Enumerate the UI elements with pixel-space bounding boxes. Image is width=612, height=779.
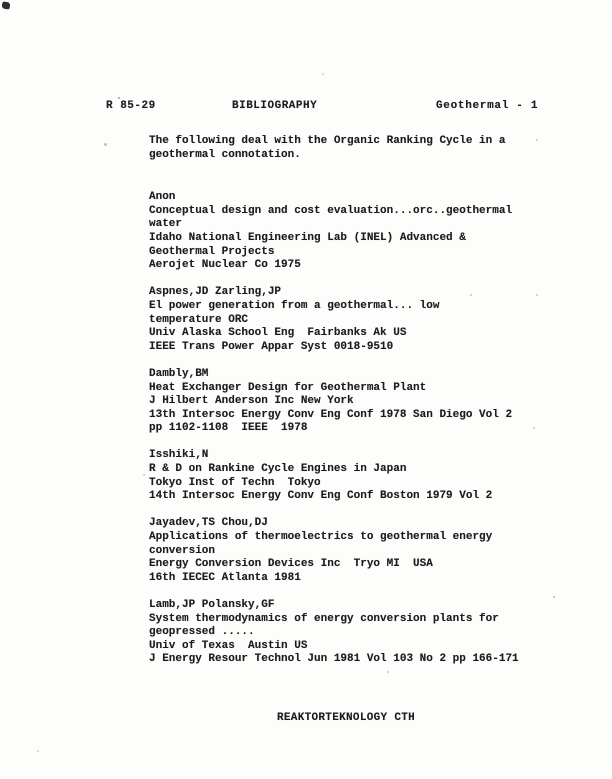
scan-speck (104, 143, 107, 146)
bib-line: geopressed ..... (149, 626, 589, 640)
scan-speck (143, 474, 145, 476)
bibliography-body: The following deal with the Organic Rank… (149, 135, 589, 681)
scan-speck (118, 97, 120, 99)
bib-line: Univ of Texas Austin US (149, 640, 589, 654)
bib-line: Univ Alaska School Eng Fairbanks Ak US (149, 327, 589, 341)
intro-paragraph: The following deal with the Organic Rank… (149, 135, 589, 162)
bibliography-entries: AnonConceptual design and cost evaluatio… (149, 191, 589, 667)
bib-line: El power generation from a geothermal...… (149, 300, 589, 314)
scan-artifact-blob (2, 1, 11, 9)
bib-line: 13th Intersoc Energy Conv Eng Conf 1978 … (149, 409, 589, 423)
bib-line: conversion (149, 545, 589, 559)
bib-line: Energy Conversion Devices Inc Tryo MI US… (149, 558, 589, 572)
bib-line: Heat Exchanger Design for Geothermal Pla… (149, 382, 589, 396)
scanned-document-page: R 85-29 BIBLIOGRAPHY Geothermal - 1 The … (0, 0, 612, 779)
bib-line: Conceptual design and cost evaluation...… (149, 205, 589, 219)
scan-speck (322, 73, 324, 75)
bib-line: water (149, 218, 589, 232)
bib-line: 14th Intersoc Energy Conv Eng Conf Bosto… (149, 490, 589, 504)
bib-entry-jayadev: Jayadev,TS Chou,DJApplications of thermo… (149, 517, 589, 585)
section-label: Geothermal - 1 (436, 100, 538, 114)
report-number: R 85-29 (106, 100, 156, 114)
bib-line: Lamb,JP Polansky,GF (149, 599, 589, 613)
bib-line: J Hilbert Anderson Inc New York (149, 395, 589, 409)
bib-line: 16th IECEC Atlanta 1981 (149, 572, 589, 586)
scan-speck (37, 750, 39, 752)
bib-line: geothermal connotation. (149, 149, 589, 163)
bib-line: The following deal with the Organic Rank… (149, 135, 589, 149)
bib-line: J Energy Resour Technol Jun 1981 Vol 103… (149, 653, 589, 667)
bib-line: Aerojet Nuclear Co 1975 (149, 259, 589, 273)
bib-entry-dambly: Dambly,BMHeat Exchanger Design for Geoth… (149, 368, 589, 436)
bib-line: Aspnes,JD Zarling,JP (149, 286, 589, 300)
bib-line: IEEE Trans Power Appar Syst 0018-9510 (149, 341, 589, 355)
bib-line: Idaho National Engineering Lab (INEL) Ad… (149, 232, 589, 246)
bib-entry-isshiki: Isshiki,NR & D on Rankine Cycle Engines … (149, 449, 589, 503)
page-header: R 85-29 BIBLIOGRAPHY Geothermal - 1 (0, 100, 612, 115)
bib-line: Isshiki,N (149, 449, 589, 463)
bib-line: Jayadev,TS Chou,DJ (149, 517, 589, 531)
page-title: BIBLIOGRAPHY (232, 100, 317, 114)
footer-imprint: REAKTORTEKNOLOGY CTH (277, 712, 415, 726)
bib-line: Anon (149, 191, 589, 205)
bib-entry-aspnes: Aspnes,JD Zarling,JPEl power generation … (149, 286, 589, 354)
bib-line: temperature ORC (149, 314, 589, 328)
bib-line: pp 1102-1108 IEEE 1978 (149, 422, 589, 436)
bib-entry-anon: AnonConceptual design and cost evaluatio… (149, 191, 589, 273)
bib-entry-lamb: Lamb,JP Polansky,GFSystem thermodynamics… (149, 599, 589, 667)
bib-line: System thermodynamics of energy conversi… (149, 613, 589, 627)
bib-line: Applications of thermoelectrics to geoth… (149, 531, 589, 545)
bib-line: R & D on Rankine Cycle Engines in Japan (149, 463, 589, 477)
bib-line: Tokyo Inst of Techn Tokyo (149, 477, 589, 491)
bib-line: Geothermal Projects (149, 246, 589, 260)
bib-line: Dambly,BM (149, 368, 589, 382)
